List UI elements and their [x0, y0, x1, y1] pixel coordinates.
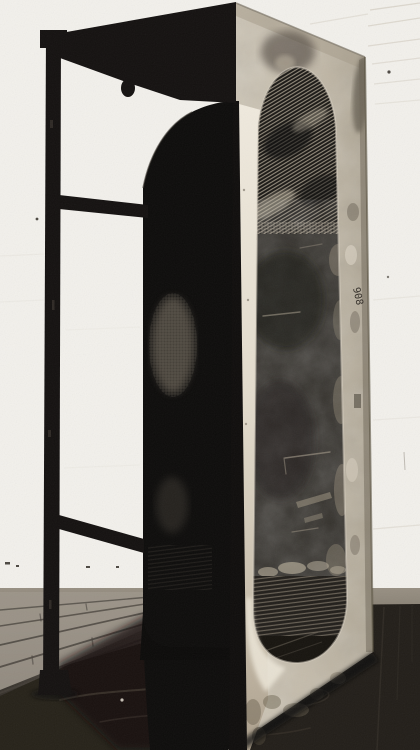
photograph-frame: 908: [0, 0, 420, 750]
photo-grain-overlay: [0, 0, 420, 750]
sculpture-photo: 908: [0, 0, 420, 750]
